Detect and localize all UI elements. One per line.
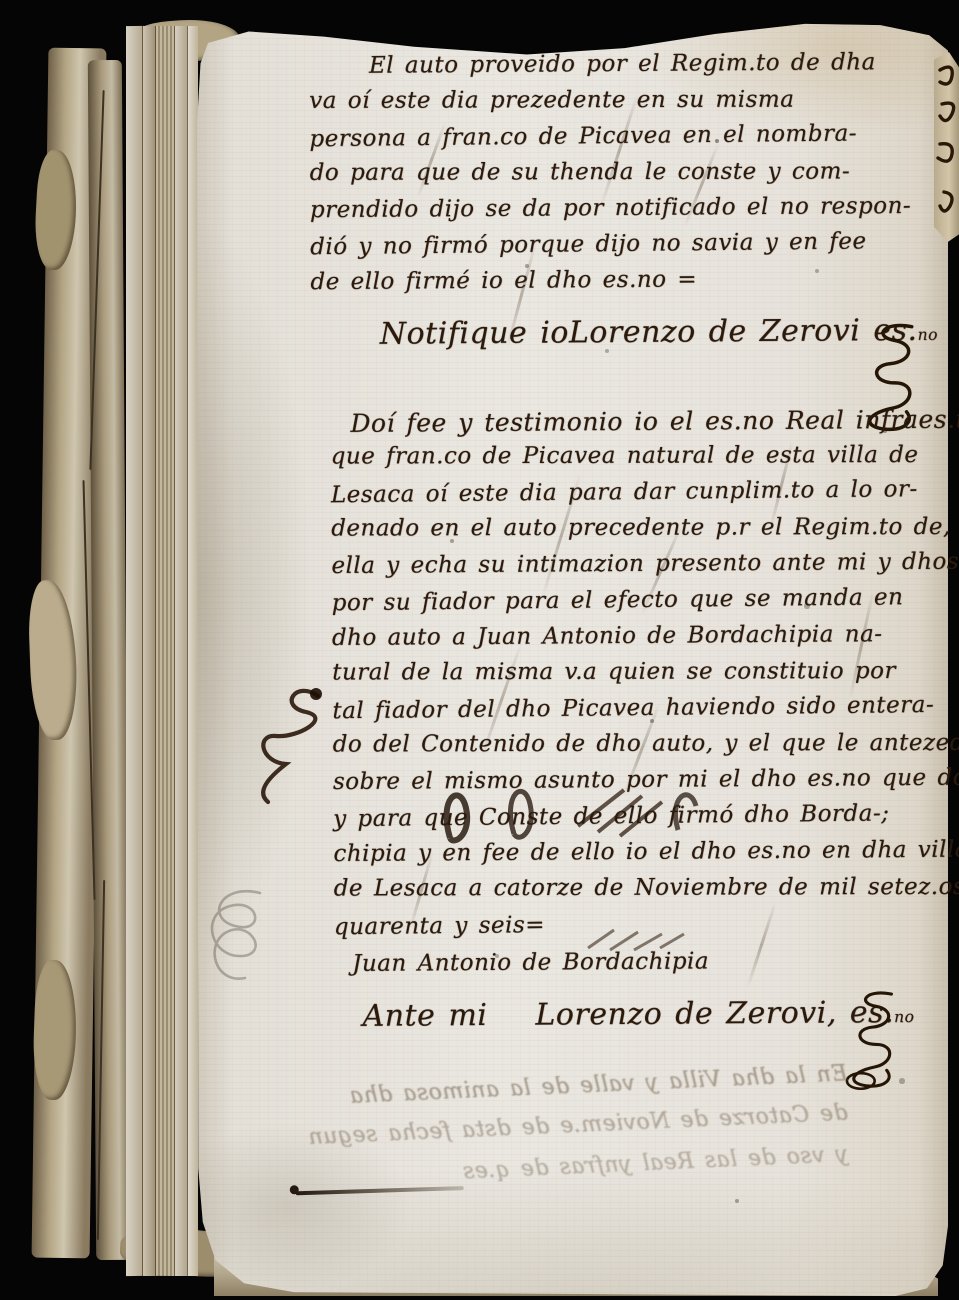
manuscript-line: Doí fee y testimonio io el es.no Real in… xyxy=(350,404,959,445)
notifique-line: Notifique io Lorenzo de Zerovi es.no xyxy=(380,313,880,351)
manuscript-line: va oí este dia prezedente en su misma xyxy=(309,86,910,124)
manuscript-line: ella y echa su intimazion presento ante … xyxy=(331,548,959,589)
manuscript-line: dho auto a Juan Antonio de Bordachipia n… xyxy=(332,620,959,661)
notifique-text: Notifique io xyxy=(380,315,569,351)
bleedthrough-text-block: En la dha Villa y valle de la animosa dh… xyxy=(208,1073,849,1197)
manuscript-scan: El auto proveido por el Regim.to de dha … xyxy=(0,0,959,1300)
manuscript-line: y para que Conste de ello firmó dho Bord… xyxy=(333,799,959,842)
manuscript-line: por su fiador para el efecto que se mand… xyxy=(332,583,959,626)
pen-stroke-blob xyxy=(290,1185,299,1194)
manuscript-line: sobre el mismo asunto por mi el dho es.n… xyxy=(333,764,959,805)
handwriting-layer: El auto proveido por el Regim.to de dha … xyxy=(0,0,959,1300)
manuscript-line: de Lesaca a catorze de Noviembre de mil … xyxy=(334,874,959,912)
manuscript-line: persona a fran.co de Picavea en el nombr… xyxy=(309,120,911,162)
manuscript-line: prendido dijo se da por notificado el no… xyxy=(310,193,911,233)
paragraph-auto-notification: El auto proveido por el Regim.to de dha … xyxy=(309,49,912,305)
manuscript-line: quarenta y seis= xyxy=(334,907,959,950)
ante-mi-text: Ante mi xyxy=(362,998,487,1034)
manuscript-line: tural de la misma v.a quien se constitui… xyxy=(332,658,959,696)
notary-signature-name: Lorenzo de Zerovi, xyxy=(535,996,837,1033)
paragraph-doy-fee: Doí fee y testimonio io el es.no Real in… xyxy=(330,404,959,949)
manuscript-line: que fran.co de Picavea natural de esta v… xyxy=(331,442,959,480)
manuscript-line: El auto proveido por el Regim.to de dha xyxy=(369,49,910,89)
manuscript-line: dió y no firmó porque dijo no savia y en… xyxy=(310,228,912,270)
notary-name: Lorenzo de Zerovi xyxy=(569,313,861,350)
manuscript-line: do del Contenido de dho auto, y el que l… xyxy=(333,730,959,768)
manuscript-line: Lesaca oí este dia para dar cunplim.to a… xyxy=(331,475,959,518)
signature-bordachipia: Juan Antonio de Bordachipia xyxy=(352,948,709,976)
manuscript-line: de ello firmé io el dho es.no = xyxy=(310,265,911,305)
manuscript-line: tal fiador del dho Picavea haviendo sido… xyxy=(332,691,959,734)
manuscript-line: chipia y en fee de ello io el dho es.no … xyxy=(333,836,959,877)
manuscript-line: do para que de su thenda le conste y com… xyxy=(310,158,911,196)
manuscript-line: denado en el auto precedente p.r el Regi… xyxy=(331,514,959,552)
